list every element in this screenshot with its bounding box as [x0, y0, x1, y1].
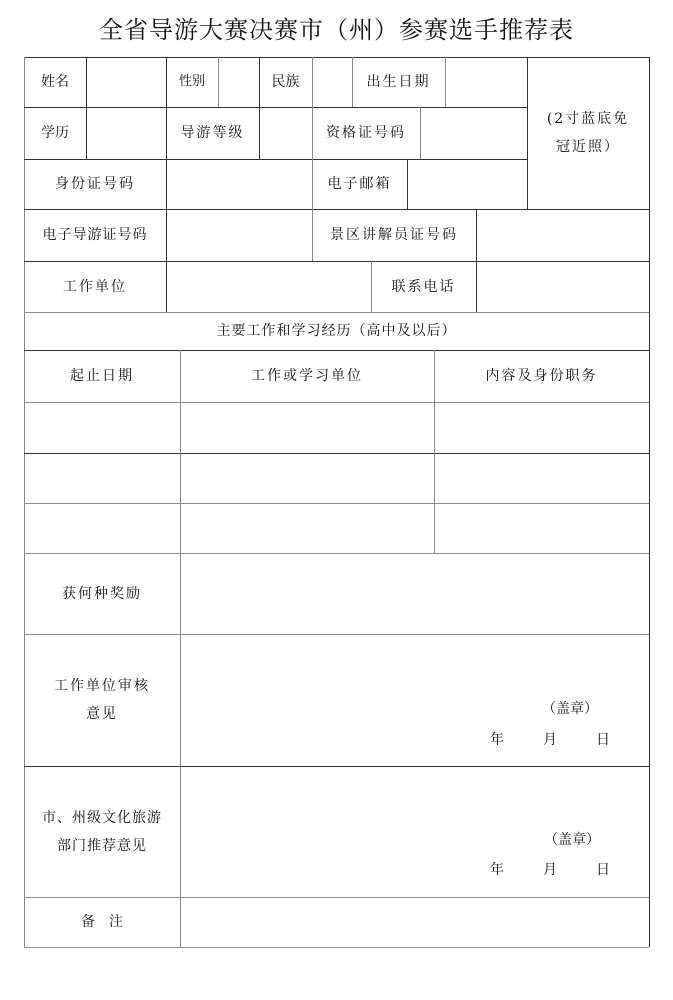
history-row-3-role[interactable] [434, 503, 649, 553]
photo-hint-line2: 冠近照） [556, 133, 620, 161]
scenic-guide-no-label: 景区讲解员证号码 [312, 209, 476, 261]
guide-level-field[interactable] [259, 107, 312, 159]
history-row-1-organization[interactable] [180, 402, 434, 453]
city-review-year: 年 [490, 859, 504, 879]
city-review-label: 市、州级文化旅游 部门推荐意见 [24, 766, 180, 897]
history-row-2-organization[interactable] [180, 453, 434, 503]
awards-label: 获何种奖励 [24, 553, 180, 634]
city-review-month: 月 [543, 859, 557, 879]
city-review-day: 日 [596, 859, 610, 879]
history-row-1-role[interactable] [434, 402, 649, 453]
city-review-label-line2: 部门推荐意见 [57, 832, 147, 860]
gender-field[interactable] [218, 57, 259, 107]
history-row-3-organization[interactable] [180, 503, 434, 553]
phone-label: 联系电话 [371, 261, 476, 312]
employer-field[interactable] [166, 261, 371, 312]
employer-review-label: 工作单位审核 意见 [24, 634, 180, 766]
table-border-bottom [24, 947, 649, 948]
name-label: 姓名 [24, 57, 86, 107]
email-field[interactable] [407, 159, 527, 209]
cert-no-field[interactable] [420, 107, 527, 159]
birthdate-field[interactable] [445, 57, 527, 107]
remarks-label: 备 注 [24, 897, 180, 947]
education-label: 学历 [24, 107, 86, 159]
employer-review-month: 月 [543, 729, 557, 749]
city-review-label-line1: 市、州级文化旅游 [42, 804, 162, 832]
ethnicity-field[interactable] [312, 57, 352, 107]
education-field[interactable] [86, 107, 166, 159]
e-guide-no-label: 电子导游证号码 [24, 209, 166, 261]
birthdate-label: 出生日期 [352, 57, 445, 107]
table-border-right [649, 57, 650, 947]
employer-review-label-line1: 工作单位审核 [54, 672, 150, 700]
guide-level-label: 导游等级 [166, 107, 259, 159]
photo-placeholder[interactable]: (2寸蓝底免 冠近照） [527, 57, 649, 209]
phone-field[interactable] [476, 261, 649, 312]
history-section-title: 主要工作和学习经历（高中及以后） [24, 312, 649, 350]
employer-review-label-line2: 意见 [86, 700, 118, 728]
recommendation-form-page: 全省导游大赛决赛市（州）参赛选手推荐表 姓名 性别 民族 出生日期 学历 导游等… [0, 0, 673, 1000]
city-review-stamp: （盖章） [544, 829, 600, 849]
id-no-label: 身份证号码 [24, 159, 166, 209]
employer-review-year: 年 [490, 729, 504, 749]
cert-no-label: 资格证号码 [312, 107, 420, 159]
e-guide-no-field[interactable] [166, 209, 312, 261]
form-title: 全省导游大赛决赛市（州）参赛选手推荐表 [0, 10, 673, 45]
awards-field[interactable] [180, 553, 649, 634]
remarks-field[interactable] [180, 897, 649, 947]
id-no-field[interactable] [166, 159, 312, 209]
history-row-2-dates[interactable] [24, 453, 180, 503]
scenic-guide-no-field[interactable] [476, 209, 649, 261]
history-col-organization: 工作或学习单位 [180, 350, 434, 402]
history-col-role: 内容及身份职务 [434, 350, 649, 402]
name-field[interactable] [86, 57, 166, 107]
ethnicity-label: 民族 [259, 57, 312, 107]
history-row-2-role[interactable] [434, 453, 649, 503]
employer-review-day: 日 [596, 729, 610, 749]
photo-hint-line1: (2寸蓝底免 [547, 105, 629, 133]
email-label: 电子邮箱 [312, 159, 407, 209]
gender-label: 性别 [166, 57, 218, 107]
history-row-3-dates[interactable] [24, 503, 180, 553]
employer-review-stamp: （盖章） [542, 698, 598, 718]
employer-label: 工作单位 [24, 261, 166, 312]
history-row-1-dates[interactable] [24, 402, 180, 453]
history-col-dates: 起止日期 [24, 350, 180, 402]
